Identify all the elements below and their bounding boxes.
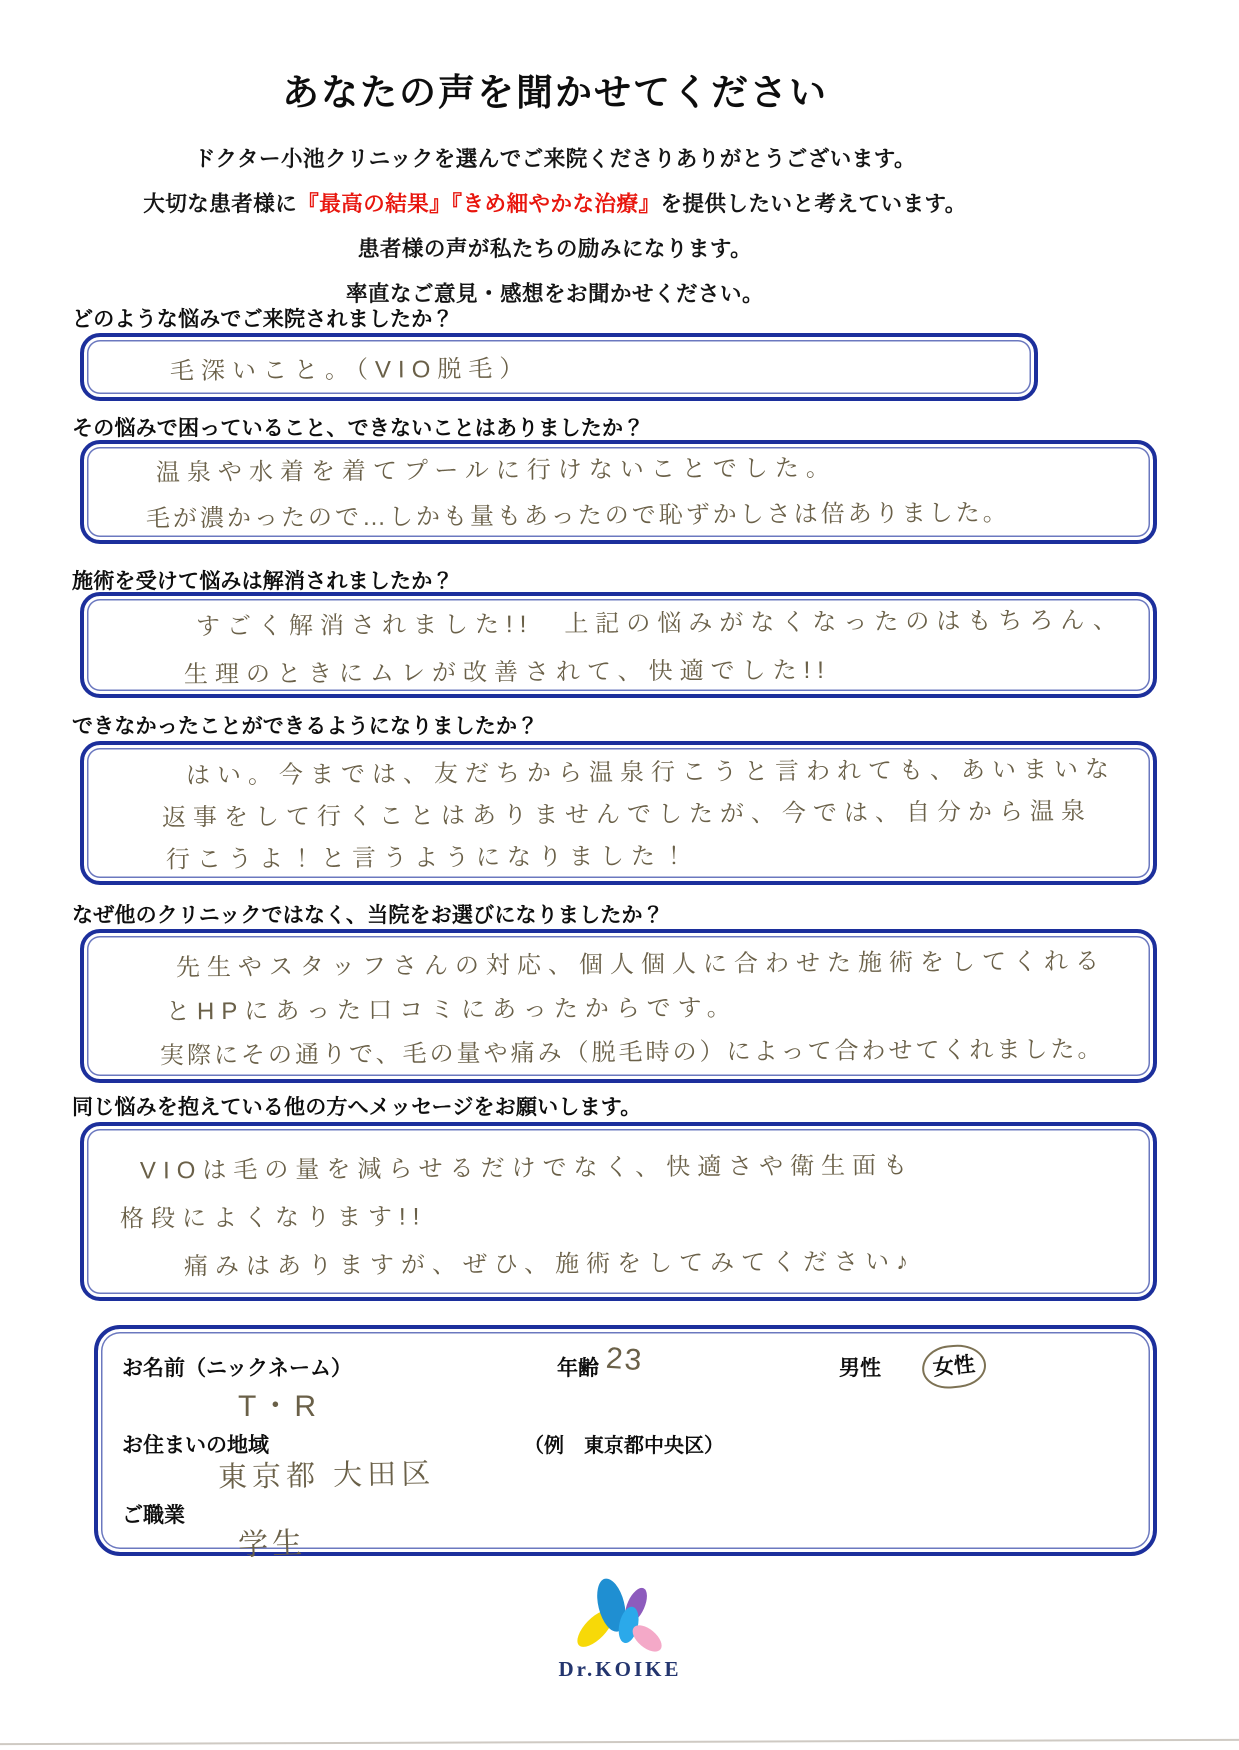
header-highlight-1: 『最高の結果』 [297, 192, 451, 216]
handwritten-answer: 返事をして行くことはありませんでしたが、今では、自分から温泉 [162, 796, 1153, 835]
clinic-logo: Dr.KOIKE [505, 1578, 735, 1682]
header-line-1: ドクター小池クリニックを選んでご来院くださりありがとうございます。 [0, 142, 1110, 173]
age-value-handwritten: 23 [605, 1342, 645, 1379]
answer-box-1: 毛深いこと。（VIO脱毛） [80, 333, 1038, 401]
handwritten-answer: 痛みはありますが、ぜひ、施術をしてみてください♪ [184, 1245, 1153, 1284]
feather-logo-icon [554, 1578, 686, 1652]
question-label-5: なぜ他のクリニックではなく、当院をお選びになりましたか？ [72, 899, 664, 929]
page-title: あなたの声を聞かせてください [0, 62, 1110, 116]
questionnaire-page: あなたの声を聞かせてください ドクター小池クリニックを選んでご来院くださりありが… [0, 0, 1239, 1750]
answer-box-3: すごく解消されました!! 上記の悩みがなくなったのはもちろん、 生理のときにムレ… [80, 592, 1157, 698]
handwritten-answer: すごく解消されました!! 上記の悩みがなくなったのはもちろん、 [196, 605, 1153, 644]
answer-box-6: VIOは毛の量を減らせるだけでなく、快適さや衛生面も 格段によくなります!! 痛… [80, 1122, 1157, 1301]
job-value-handwritten: 学生 [237, 1518, 306, 1564]
question-label-6: 同じ悩みを抱えている他の方へメッセージをお願いします。 [72, 1091, 641, 1121]
handwritten-answer: 行こうよ！と言うようになりました！ [166, 838, 1153, 877]
question-label-2: その悩みで困っていること、できないことはありましたか？ [72, 412, 644, 442]
question-label-1: どのような悩みでご来院されましたか？ [72, 303, 454, 333]
header-highlight-2: 『きめ細やかな治療』 [451, 192, 660, 216]
scan-artifact-line [0, 1739, 1239, 1745]
answer-box-4: はい。今までは、友だちから温泉行こうと言われても、あいまいな 返事をして行くこと… [80, 741, 1157, 885]
clinic-logo-text: Dr.KOIKE [505, 1657, 735, 1682]
header-line-2: 大切な患者様に『最高の結果』『きめ細やかな治療』を提供したいと考えています。 [0, 187, 1110, 218]
handwritten-answer: 温泉や水着を着てプールに行けないことでした。 [156, 451, 1153, 490]
header-line-3: 患者様の声が私たちの励みになります。 [0, 232, 1110, 263]
handwritten-answer: 先生やスタッフさんの対応、個人個人に合わせた施術をしてくれる [176, 946, 1153, 985]
header-line-2-suffix: を提供したいと考えています。 [661, 192, 967, 216]
region-example: （例 東京都中央区） [524, 1429, 724, 1458]
profile-box: お名前（ニックネーム） 年齢 23 男性 女性 T・R お住まいの地域 （例 東… [94, 1325, 1157, 1556]
gender-male-label: 男性 [839, 1352, 881, 1382]
age-label: 年齢 [557, 1352, 599, 1382]
handwritten-answer: 実際にその通りで、毛の量や痛み（脱毛時の）によって合わせてくれました。 [160, 1034, 1153, 1073]
handwritten-answer: VIOは毛の量を減らせるだけでなく、快適さや衛生面も [140, 1148, 1153, 1187]
name-value-handwritten: T・R [238, 1381, 320, 1425]
answer-box-2: 温泉や水着を着てプールに行けないことでした。 毛が濃かったので…しかも量もあった… [80, 440, 1157, 544]
handwritten-answer: 生理のときにムレが改善されて、快適でした!! [184, 653, 1153, 692]
header: あなたの声を聞かせてください ドクター小池クリニックを選んでご来院くださりありが… [0, 62, 1110, 322]
answer-box-5: 先生やスタッフさんの対応、個人個人に合わせた施術をしてくれる とHPにあった口コ… [80, 929, 1157, 1083]
gender-female-label-circled: 女性 [920, 1342, 988, 1391]
job-label: ご職業 [122, 1499, 185, 1529]
handwritten-answer: 毛が濃かったので…しかも量もあったので恥ずかしさは倍ありました。 [146, 496, 1153, 535]
name-label: お名前（ニックネーム） [122, 1352, 352, 1382]
handwritten-answer: 毛深いこと。（VIO脱毛） [170, 350, 1034, 388]
handwritten-answer: 格段によくなります!! [120, 1196, 1153, 1235]
header-line-2-prefix: 大切な患者様に [143, 192, 297, 216]
question-label-4: できなかったことができるようになりましたか？ [72, 710, 538, 740]
handwritten-answer: とHPにあった口コミにあったからです。 [166, 990, 1153, 1029]
handwritten-answer: はい。今までは、友だちから温泉行こうと言われても、あいまいな [186, 754, 1153, 793]
question-label-3: 施術を受けて悩みは解消されましたか？ [72, 565, 454, 595]
region-value-handwritten: 東京都 大田区 [218, 1451, 436, 1496]
